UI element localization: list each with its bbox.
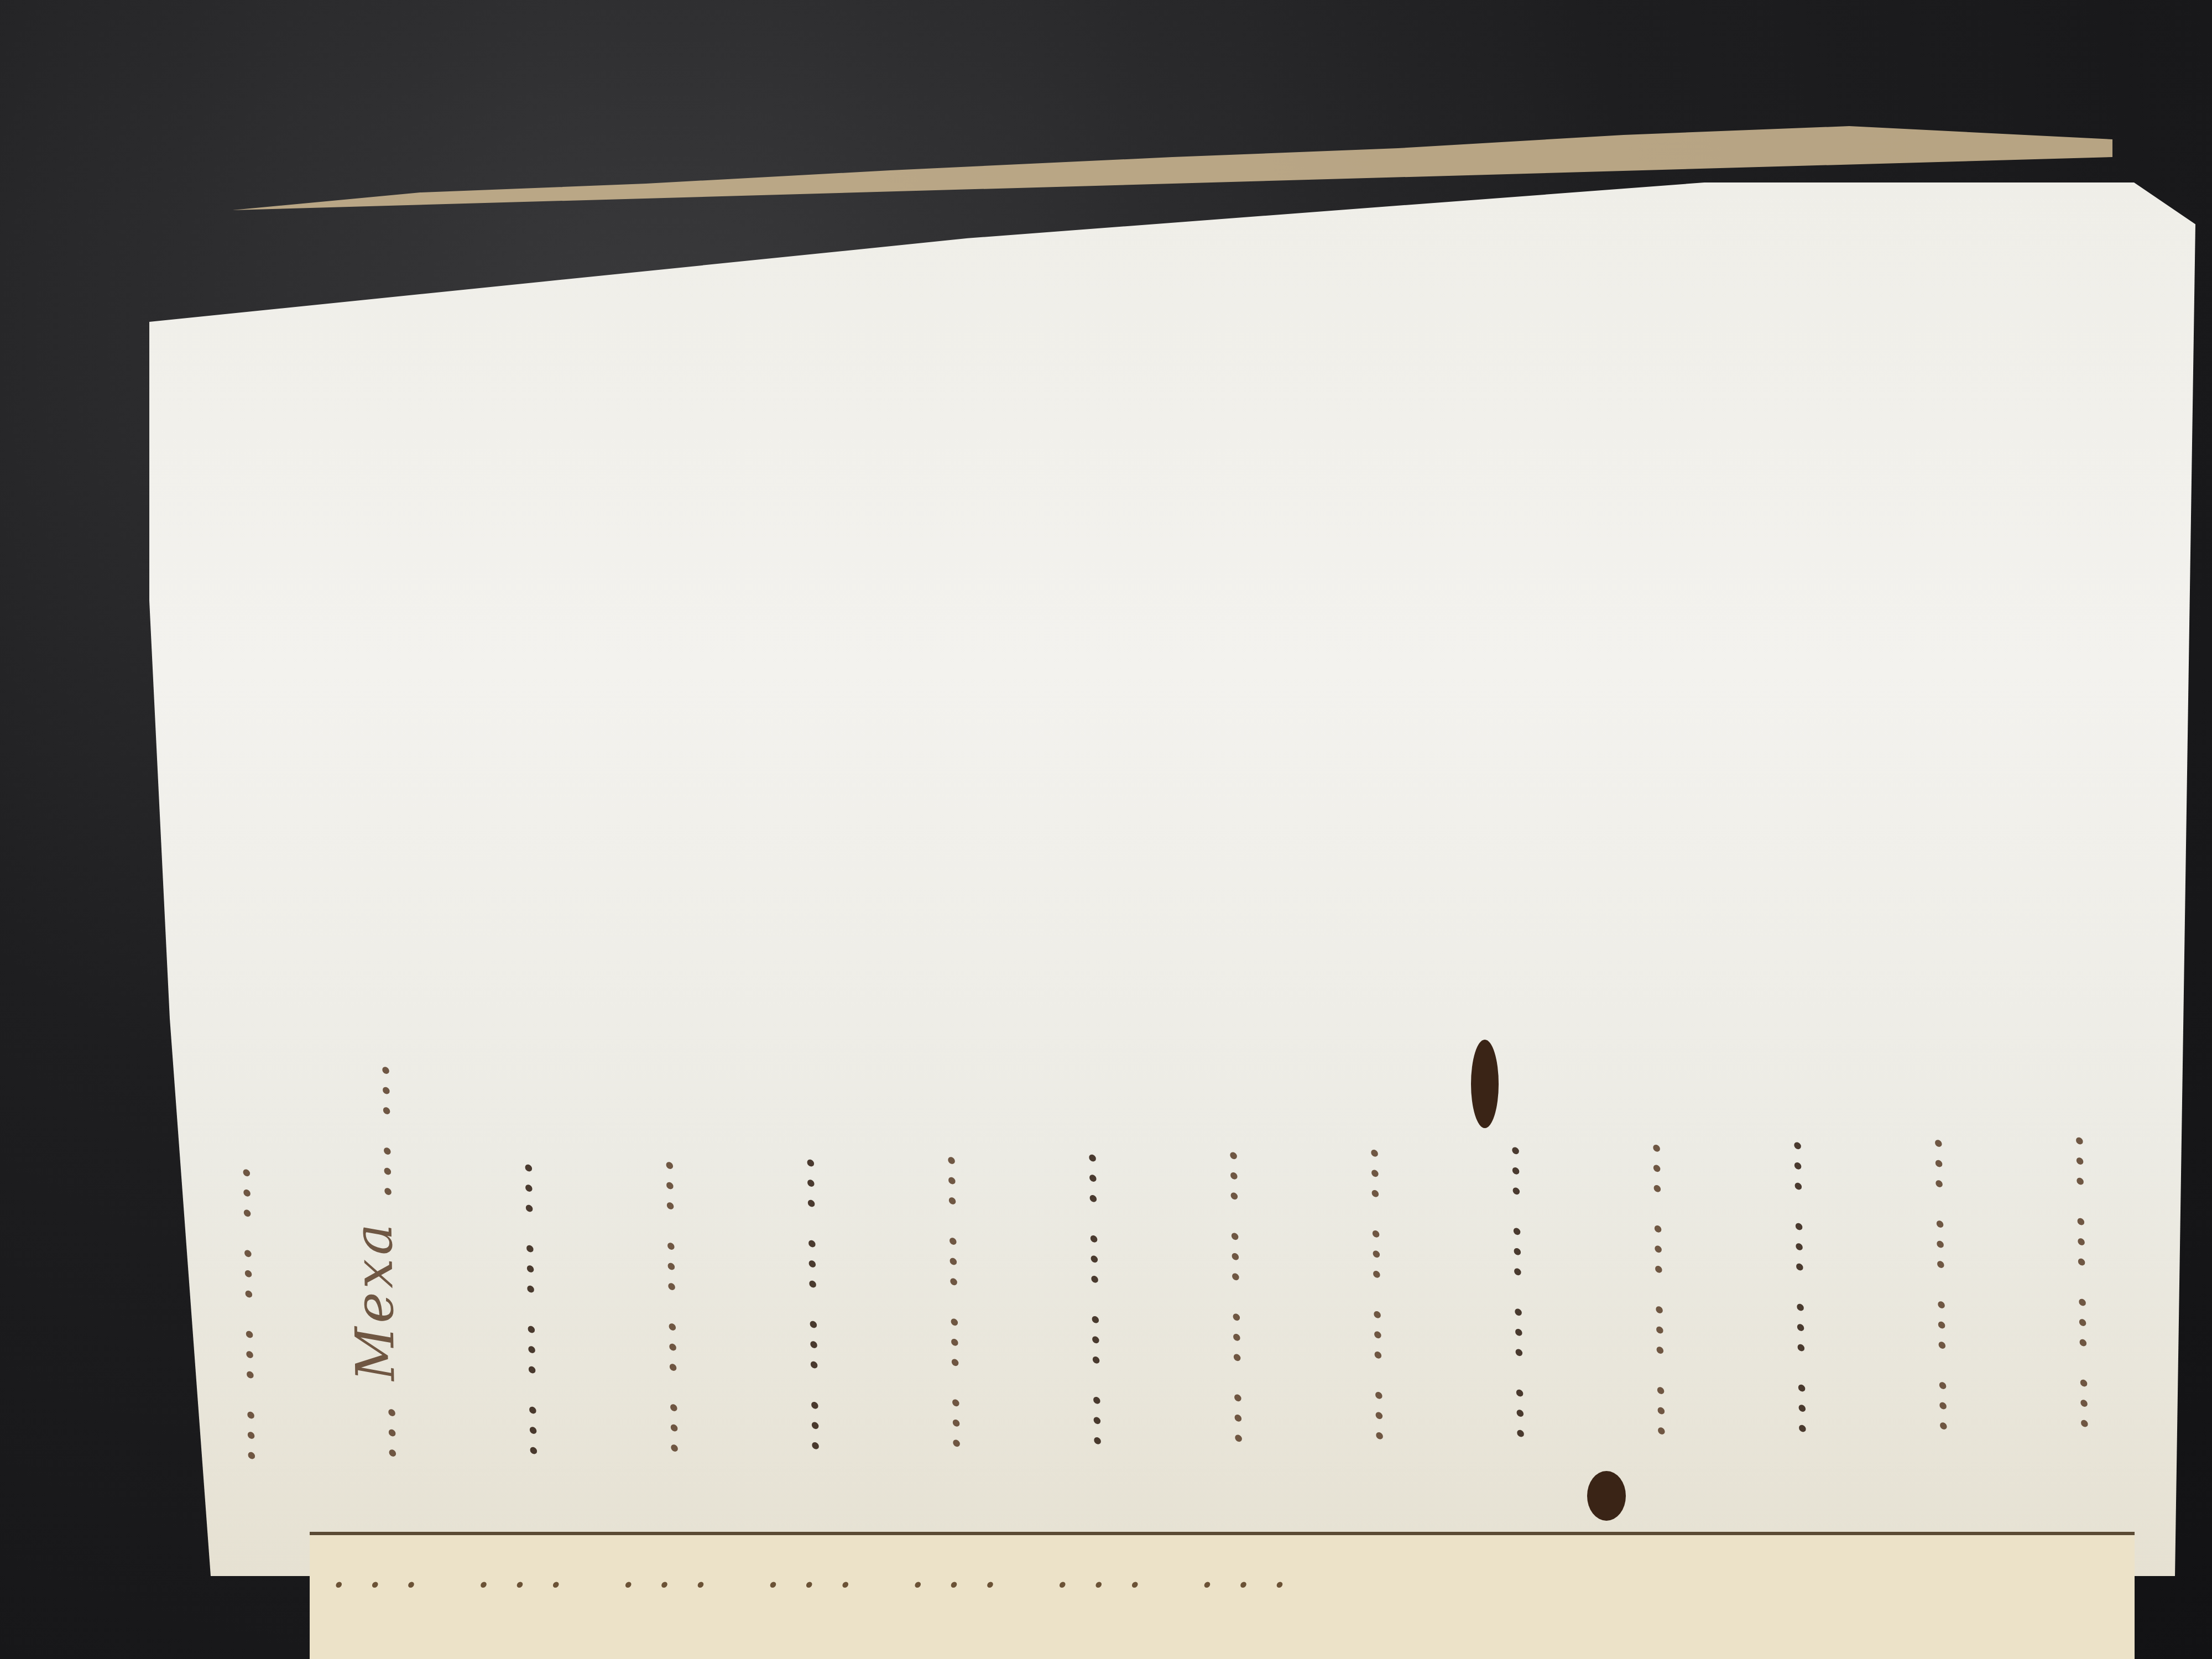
text-line: ... ... ... ... (1553, 111, 1717, 1441)
text-line: ... ... ... ... (425, 131, 589, 1460)
text-line: ... ... ... ... (1835, 107, 1999, 1436)
text-line: ... ... ... ... (1130, 119, 1294, 1448)
text-line: ... ... ... ... (848, 124, 1012, 1453)
text-line: ... ... ... ... (1694, 109, 1858, 1438)
text-line: ... ... ... ... (1976, 104, 2140, 1433)
text-line: ... ... ... ... (566, 129, 730, 1458)
lower-manuscript-page: ... ... ... ... ... ... ... (310, 1532, 2135, 1659)
text-line: ... ... ... ... (1271, 116, 1435, 1446)
lower-page-text: ... ... ... ... ... ... ... (332, 1546, 1309, 1598)
ink-blot (1587, 1471, 1626, 1521)
handwritten-text: ... ... ... ... ... Mexa ... ... ... ...… (143, 99, 2212, 1465)
text-line: ... Mexa ... ... (284, 133, 448, 1463)
text-line: ... ... ... ... (989, 121, 1153, 1451)
text-line: ... ... ... ... (143, 136, 307, 1465)
text-line: ... ... ... ... (707, 126, 871, 1455)
text-line: ... ... ... ... (1412, 114, 1576, 1443)
